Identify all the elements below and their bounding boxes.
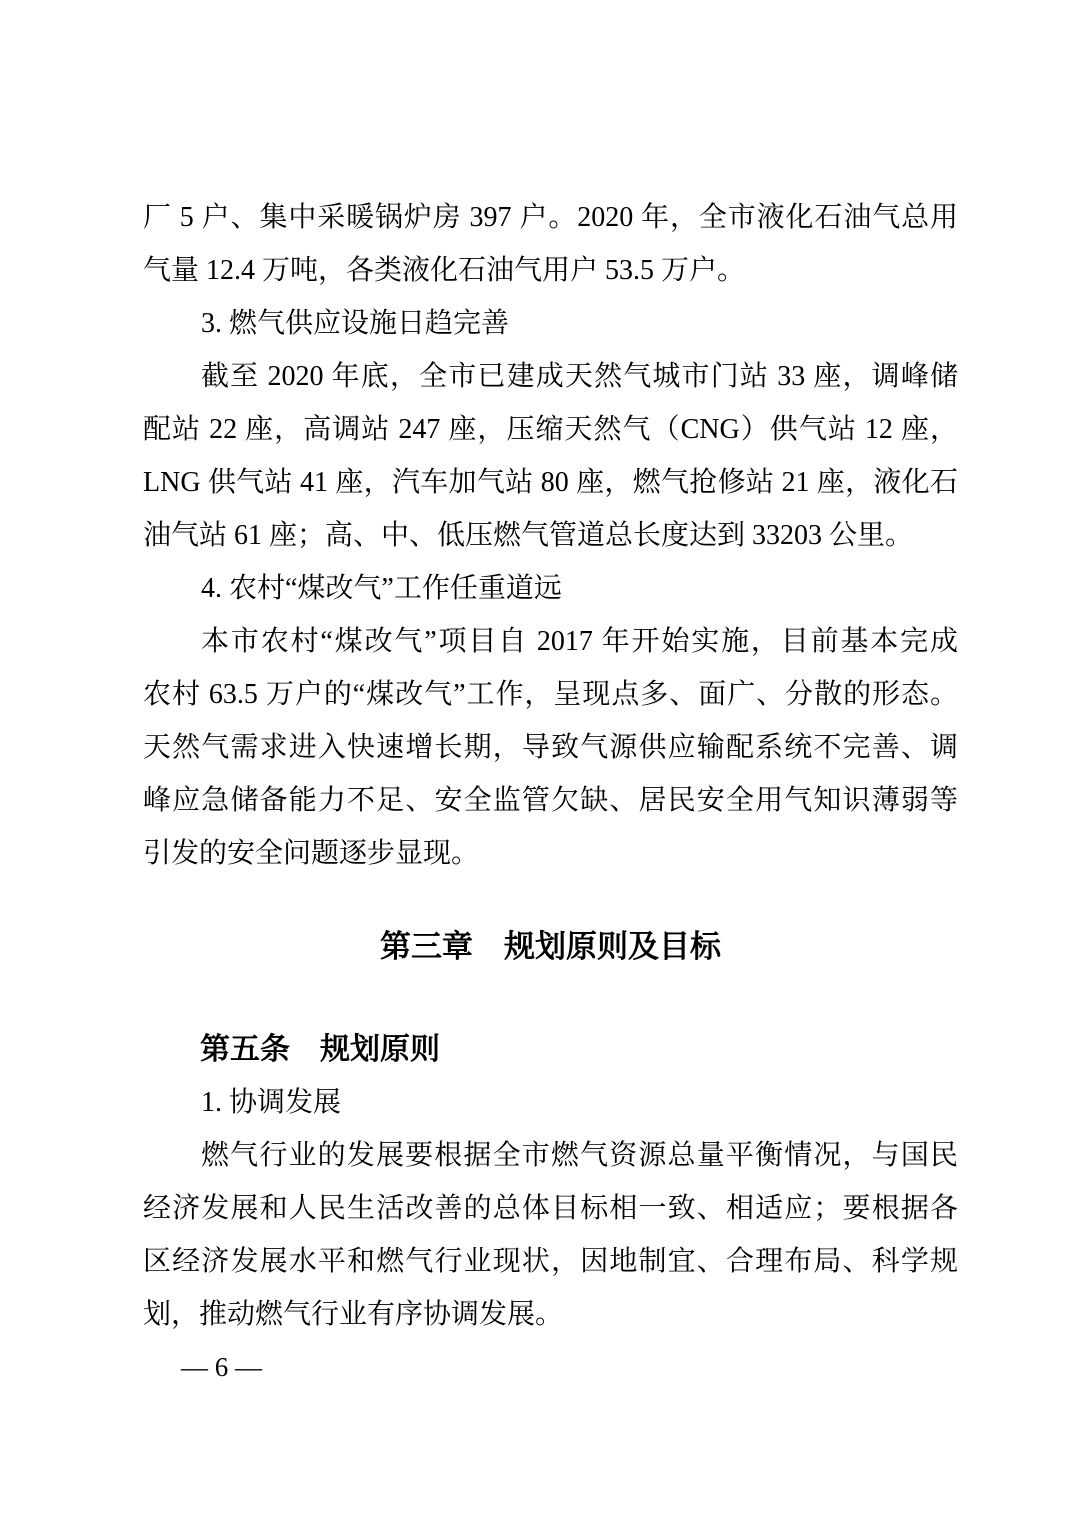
text-line: 油气站 61 座；高、中、低压燃气管道总长度达到 33203 公里。: [143, 509, 958, 562]
text-line: 配站 22 座，高调站 247 座，压缩天然气（CNG）供气站 12 座，: [143, 403, 958, 456]
text-line: 4. 农村“煤改气”工作任重道远: [143, 562, 958, 615]
page-number: — 6 —: [143, 1341, 958, 1394]
text-line: 农村 63.5 万户的“煤改气”工作，呈现点多、面广、分散的形态。: [143, 668, 958, 721]
text-line: 引发的安全问题逐步显现。: [143, 827, 958, 880]
text-line: 天然气需求进入快速增长期，导致气源供应输配系统不完善、调: [143, 721, 958, 774]
text-line: 1. 协调发展: [143, 1076, 958, 1129]
text-line: 本市农村“煤改气”项目自 2017 年开始实施，目前基本完成: [143, 615, 958, 668]
document-page: 厂 5 户、集中采暖锅炉房 397 户。2020 年，全市液化石油气总用气量 1…: [0, 0, 1074, 1520]
text-line: 燃气行业的发展要根据全市燃气资源总量平衡情况，与国民: [143, 1129, 958, 1182]
section-heading: 第五条 规划原则: [143, 1023, 958, 1076]
text-line: 气量 12.4 万吨，各类液化石油气用户 53.5 万户。: [143, 244, 958, 297]
text-line: 峰应急储备能力不足、安全监管欠缺、居民安全用气知识薄弱等: [143, 774, 958, 827]
document-content: 厂 5 户、集中采暖锅炉房 397 户。2020 年，全市液化石油气总用气量 1…: [143, 191, 958, 1394]
text-line: 3. 燃气供应设施日趋完善: [143, 297, 958, 350]
text-line: 划，推动燃气行业有序协调发展。: [143, 1288, 958, 1341]
text-line: 区经济发展水平和燃气行业现状，因地制宜、合理布局、科学规: [143, 1235, 958, 1288]
text-line: 截至 2020 年底，全市已建成天然气城市门站 33 座，调峰储: [143, 350, 958, 403]
chapter-heading: 第三章 规划原则及目标: [143, 920, 958, 973]
text-line: 经济发展和人民生活改善的总体目标相一致、相适应；要根据各: [143, 1182, 958, 1235]
text-line: 厂 5 户、集中采暖锅炉房 397 户。2020 年，全市液化石油气总用: [143, 191, 958, 244]
text-line: LNG 供气站 41 座，汽车加气站 80 座，燃气抢修站 21 座，液化石: [143, 456, 958, 509]
